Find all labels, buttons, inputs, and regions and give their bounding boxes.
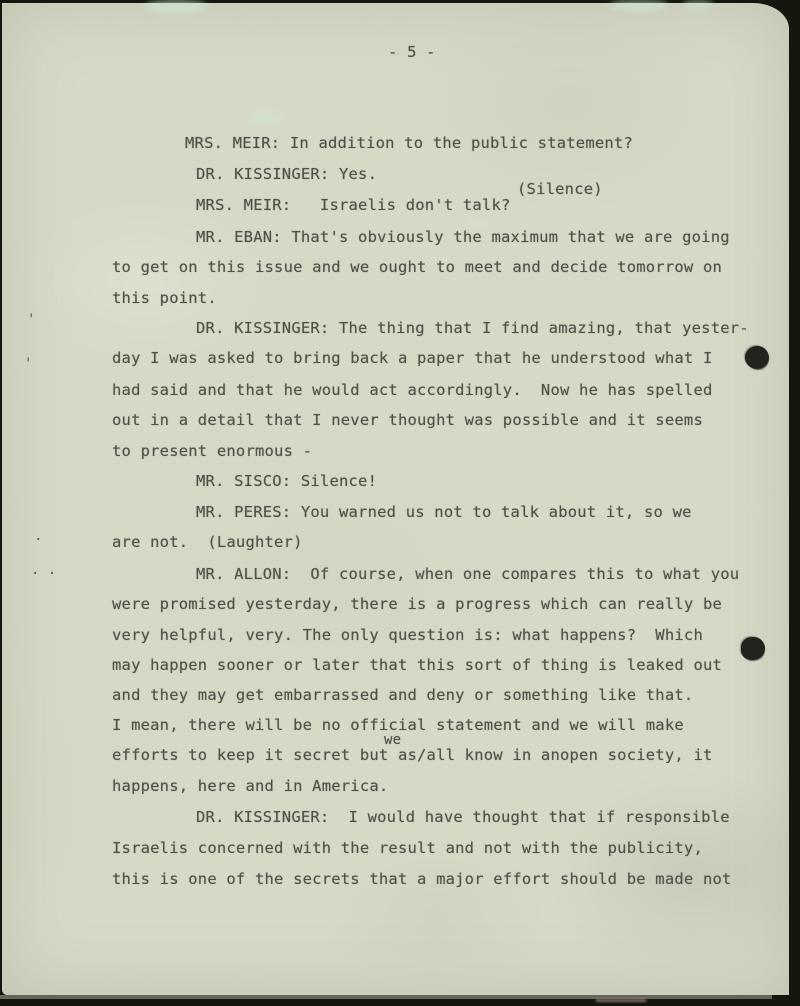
transcript-line: efforts to keep it secret but as/all kno… xyxy=(112,745,713,765)
silence-annotation: (Silence) xyxy=(517,179,603,199)
scan-artifact xyxy=(596,999,646,1002)
transcript-line: very helpful, very. The only question is… xyxy=(112,625,703,645)
transcript-line: to present enormous - xyxy=(112,441,312,461)
transcript-line: to get on this issue and we ought to mee… xyxy=(112,257,722,277)
transcript-line: DR. KISSINGER: The thing that I find ama… xyxy=(196,318,749,338)
transcript-line: Israelis concerned with the result and n… xyxy=(112,838,703,858)
transcript-line: this is one of the secrets that a major … xyxy=(112,869,732,889)
transcript-line: were promised yesterday, there is a prog… xyxy=(112,594,722,614)
transcript-line: and they may get embarrassed and deny or… xyxy=(112,685,693,705)
page-number: - 5 - xyxy=(388,42,436,62)
transcript-line: MR. EBAN: That's obviously the maximum t… xyxy=(196,227,730,247)
transcript-line: DR. KISSINGER: Yes. xyxy=(196,164,377,184)
transcript-line: MR. PERES: You warned us not to talk abo… xyxy=(196,502,692,522)
transcript-line: happens, here and in America. xyxy=(112,776,388,796)
stray-mark: ' xyxy=(24,356,32,372)
transcript-line: MR. ALLON: Of course, when one compares … xyxy=(196,564,739,584)
stray-mark: . . xyxy=(31,562,56,578)
stray-mark: ' xyxy=(27,312,35,328)
ink-dot xyxy=(745,346,769,369)
transcript-line: are not. (Laughter) xyxy=(112,532,303,552)
transcript-line: MR. SISCO: Silence! xyxy=(196,471,377,491)
transcript-line: had said and that he would act according… xyxy=(112,380,713,400)
scanned-document-screenshot: { "page": { "kind": "scanned typewritten… xyxy=(0,0,800,1006)
transcript-line: DR. KISSINGER: I would have thought that… xyxy=(196,807,730,827)
transcript-line: this point. xyxy=(112,288,217,308)
transcript-line: may happen sooner or later that this sor… xyxy=(112,655,722,675)
stray-mark: . xyxy=(34,528,42,544)
transcript-line: MRS. MEIR: In addition to the public sta… xyxy=(185,133,633,153)
transcript-line: out in a detail that I never thought was… xyxy=(112,410,703,430)
scan-edge-band xyxy=(0,995,772,999)
transcript-line: day I was asked to bring back a paper th… xyxy=(112,348,713,368)
transcript-line: MRS. MEIR: Israelis don't talk? xyxy=(196,195,511,215)
